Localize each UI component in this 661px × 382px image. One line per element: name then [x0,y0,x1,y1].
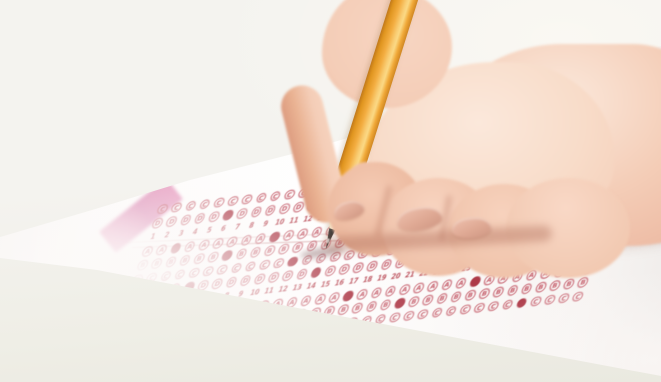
hand-front-of-pencil [0,0,661,382]
photo-scene: CCCCCCCCCCCCCCCCCCCCCCCCCCCCCCCCCCDDDDDD… [0,0,661,382]
